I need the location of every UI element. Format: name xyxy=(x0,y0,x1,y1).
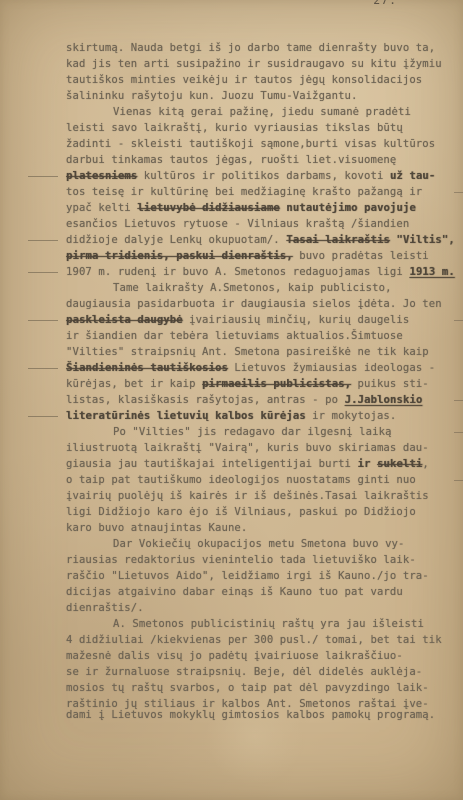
text-line: mosios tų raštų svarbos, o taip pat dėl … xyxy=(66,680,450,696)
text-line: listas, klasiškasis rašytojas, antras - … xyxy=(66,392,450,408)
text-segment: literatūrinės lietuvių kalbos kūrėjas xyxy=(66,410,306,422)
scanned-typewritten-page: 27. skirtumą. Nauda betgi iš jo darbo ta… xyxy=(0,0,463,800)
text-segment: paskleista daugybė xyxy=(66,314,183,326)
text-segment: darbui tinkamas tautos jėgas, ruošti lie… xyxy=(66,154,396,166)
text-line: didžioje dalyje Lenkų okupuotam/. Tasai … xyxy=(66,232,450,248)
text-line: pirma tridienis, paskui dienraštis, buvo… xyxy=(66,248,450,264)
text-line: karo buvo atnaujintas Kaune. xyxy=(66,520,450,536)
pencil-mark xyxy=(28,416,58,417)
text-line: A. Smetonos publicistinių raštų yra jau … xyxy=(66,616,450,632)
text-line: skirtumą. Nauda betgi iš jo darbo tame d… xyxy=(66,40,450,56)
text-segment: Šiandieninės tautiškosios xyxy=(66,362,228,374)
text-segment: Tasai laikraštis xyxy=(286,234,390,246)
text-line: įvairių puolėjų iš kairės ir iš dešinės.… xyxy=(66,488,450,504)
text-line: leisti savo laikraštį, kurio vyriausias … xyxy=(66,120,450,136)
text-segment: 4 didžiuliai /kiekvienas per 300 pusl./ … xyxy=(66,634,442,646)
text-segment: pirmaeilis publicistas, xyxy=(202,378,351,390)
text-segment: mosios tų raštų svarbos, o taip pat dėl … xyxy=(66,682,429,694)
text-segment: tos teisę ir kultūrinę bei medžiaginę kr… xyxy=(66,186,422,198)
text-line: platesniems kultūros ir politikos darbam… xyxy=(66,168,450,184)
text-segment: leisti savo laikraštį, kurio vyriausias … xyxy=(66,122,403,134)
text-segment: ir mokytojas. xyxy=(306,410,397,422)
text-line: dami į Lietuvos mokyklų gimtosios kalbos… xyxy=(66,707,450,723)
pencil-mark xyxy=(28,176,58,177)
text-line: tautiškos minties veikėju ir tautos jėgų… xyxy=(66,72,450,88)
text-line: šalininku rašytoju kun. Juozu Tumu-Vaižg… xyxy=(66,88,450,104)
pencil-mark xyxy=(454,320,463,321)
text-line: se ir žurnaluose straipsnių. Beje, dėl d… xyxy=(66,664,450,680)
text-segment: Lietuvos žymiausias ideologas - xyxy=(228,362,435,374)
text-segment: dienraštis/. xyxy=(66,602,144,614)
text-line: literatūrinės lietuvių kalbos kūrėjas ir… xyxy=(66,408,450,424)
text-segment: Dar Vokiečių okupacijos metu Smetona buv… xyxy=(113,538,405,550)
text-segment: puikus sti- xyxy=(351,378,429,390)
text-line: Tame laikrašty A.Smetonos, kaip publicis… xyxy=(66,280,450,296)
text-segment: šalininku rašytoju kun. Juozu Tumu-Vaižg… xyxy=(66,90,358,102)
text-segment: skirtumą. Nauda betgi iš jo darbo tame d… xyxy=(66,42,435,54)
text-line: žadinti - skleisti tautiškoji sąmone,bur… xyxy=(66,136,450,152)
text-segment: ypač kelti xyxy=(66,202,137,214)
pencil-mark xyxy=(28,320,58,321)
pencil-mark xyxy=(454,432,463,433)
text-segment: dicijas atgaivino dabar einąs iš Kauno t… xyxy=(66,586,403,598)
pencil-mark xyxy=(28,272,58,273)
text-line: iliustruotą laikraštį "Vairą", kuris buv… xyxy=(66,440,450,456)
text-segment: dami į Lietuvos mokyklų gimtosios kalbos… xyxy=(66,709,435,721)
text-line: darbui tinkamas tautos jėgas, ruošti lie… xyxy=(66,152,450,168)
text-line: raščio "Lietuvos Aido", leidžiamo irgi i… xyxy=(66,568,450,584)
text-line: o taip pat tautiškumo ideologijos nuosta… xyxy=(66,472,450,488)
text-segment: ligi Didžiojo karo ėjo iš Vilniaus, pask… xyxy=(66,506,416,518)
text-segment: karo buvo atnaujintas Kaune. xyxy=(66,522,247,534)
text-segment: kūrėjas, bet ir kaip xyxy=(66,378,202,390)
text-segment: mažesnė dalis visų jo padėtų įvairiuose … xyxy=(66,650,403,662)
text-segment: esančios Lietuvos rytuose - Vilniaus kra… xyxy=(66,218,409,230)
text-segment: tautiškos minties veikėju ir tautos jėgų… xyxy=(66,74,422,86)
text-line: mažesnė dalis visų jo padėtų įvairiuose … xyxy=(66,648,450,664)
text-segment: kultūros ir politikos darbams, kovoti xyxy=(137,170,390,182)
text-line: riausias redaktorius vienintelio tada li… xyxy=(66,552,450,568)
text-segment: iliustruotą laikraštį "Vairą", kuris buv… xyxy=(66,442,429,454)
text-line: kūrėjas, bet ir kaip pirmaeilis publicis… xyxy=(66,376,450,392)
text-line: tos teisę ir kultūrinę bei medžiaginę kr… xyxy=(66,184,450,200)
text-segment: giausia jau tautiškajai inteligentijai b… xyxy=(66,458,358,470)
text-segment: A. Smetonos publicistinių raštų yra jau … xyxy=(113,618,424,630)
typewritten-text: skirtumą. Nauda betgi iš jo darbo tame d… xyxy=(66,40,450,723)
text-line: esančios Lietuvos rytuose - Vilniaus kra… xyxy=(66,216,450,232)
text-segment: ir šiandien dar tebėra lietuviams aktual… xyxy=(66,330,403,342)
text-segment: 1913 m. xyxy=(409,266,454,278)
text-line: Po "Vilties" jis redagavo dar ilgesnį la… xyxy=(66,424,450,440)
text-line: paskleista daugybė įvairiausių minčių, k… xyxy=(66,312,450,328)
text-line: giausia jau tautiškajai inteligentijai b… xyxy=(66,456,450,472)
text-segment: J.Jablonskio xyxy=(345,394,423,406)
pencil-mark xyxy=(28,368,58,369)
text-segment: didžioje dalyje Lenkų okupuotam/. xyxy=(66,234,286,246)
text-segment: daugiausia pasidarbuota ir daugiausia si… xyxy=(66,298,442,310)
text-segment: už tau- xyxy=(390,170,435,182)
text-line: daugiausia pasidarbuota ir daugiausia si… xyxy=(66,296,450,312)
text-segment: platesniems xyxy=(66,170,137,182)
text-segment: riausias redaktorius vienintelio tada li… xyxy=(66,554,416,566)
text-line: ir šiandien dar tebėra lietuviams aktual… xyxy=(66,328,450,344)
text-line: dienraštis/. xyxy=(66,600,450,616)
text-segment: 1907 m. rudenį ir buvo A. Smetonos redag… xyxy=(66,266,409,278)
text-segment: "Vilties" straipsnių Ant. Smetona pasire… xyxy=(66,346,429,358)
text-segment: ir xyxy=(358,458,377,470)
text-line: Dar Vokiečių okupacijos metu Smetona buv… xyxy=(66,536,450,552)
text-segment: Tame laikrašty A.Smetonos, kaip publicis… xyxy=(113,282,392,294)
pencil-mark xyxy=(454,400,463,401)
text-line: Vienas kitą gerai pažinę, jiedu sumanė p… xyxy=(66,104,450,120)
text-line: 4 didžiuliai /kiekvienas per 300 pusl./ … xyxy=(66,632,450,648)
text-segment: listas, klasiškasis rašytojas, antras - … xyxy=(66,394,345,406)
text-line: ligi Didžiojo karo ėjo iš Vilniaus, pask… xyxy=(66,504,450,520)
text-segment: o taip pat tautiškumo ideologijos nuosta… xyxy=(66,474,416,486)
text-segment: se ir žurnaluose straipsnių. Beje, dėl d… xyxy=(66,666,422,678)
text-segment: lietuvybė didžiausiame xyxy=(137,202,280,214)
text-segment: kad jis ten arti susipažino ir susidraug… xyxy=(66,58,442,70)
text-segment: žadinti - skleisti tautiškoji sąmone,bur… xyxy=(66,138,435,150)
text-segment: pirma tridienis, paskui dienraštis, xyxy=(66,250,293,262)
text-line: ypač kelti lietuvybė didžiausiame nutaut… xyxy=(66,200,450,216)
pencil-mark xyxy=(454,480,463,481)
text-line: "Vilties" straipsnių Ant. Smetona pasire… xyxy=(66,344,450,360)
text-segment: "Viltis", xyxy=(390,234,455,246)
text-segment: Po "Vilties" jis redagavo dar ilgesnį la… xyxy=(113,426,392,438)
text-line: Šiandieninės tautiškosios Lietuvos žymia… xyxy=(66,360,450,376)
text-segment: buvo pradėtas leisti xyxy=(293,250,429,262)
page-number: 27. xyxy=(373,0,397,7)
text-segment: Vienas kitą gerai pažinę, jiedu sumanė p… xyxy=(113,106,411,118)
pencil-mark xyxy=(28,240,58,241)
pencil-mark xyxy=(454,192,463,193)
text-line: 1907 m. rudenį ir buvo A. Smetonos redag… xyxy=(66,264,450,280)
text-line: kad jis ten arti susipažino ir susidraug… xyxy=(66,56,450,72)
text-segment: nutautėjimo pavojuje xyxy=(280,202,416,214)
text-segment: sukelti xyxy=(377,458,422,470)
text-segment: , xyxy=(422,458,428,470)
text-segment: įvairių puolėjų iš kairės ir iš dešinės.… xyxy=(66,490,429,502)
text-segment: įvairiausių minčių, kurių daugelis xyxy=(183,314,410,326)
text-segment: raščio "Lietuvos Aido", leidžiamo irgi i… xyxy=(66,570,429,582)
text-line: dicijas atgaivino dabar einąs iš Kauno t… xyxy=(66,584,450,600)
